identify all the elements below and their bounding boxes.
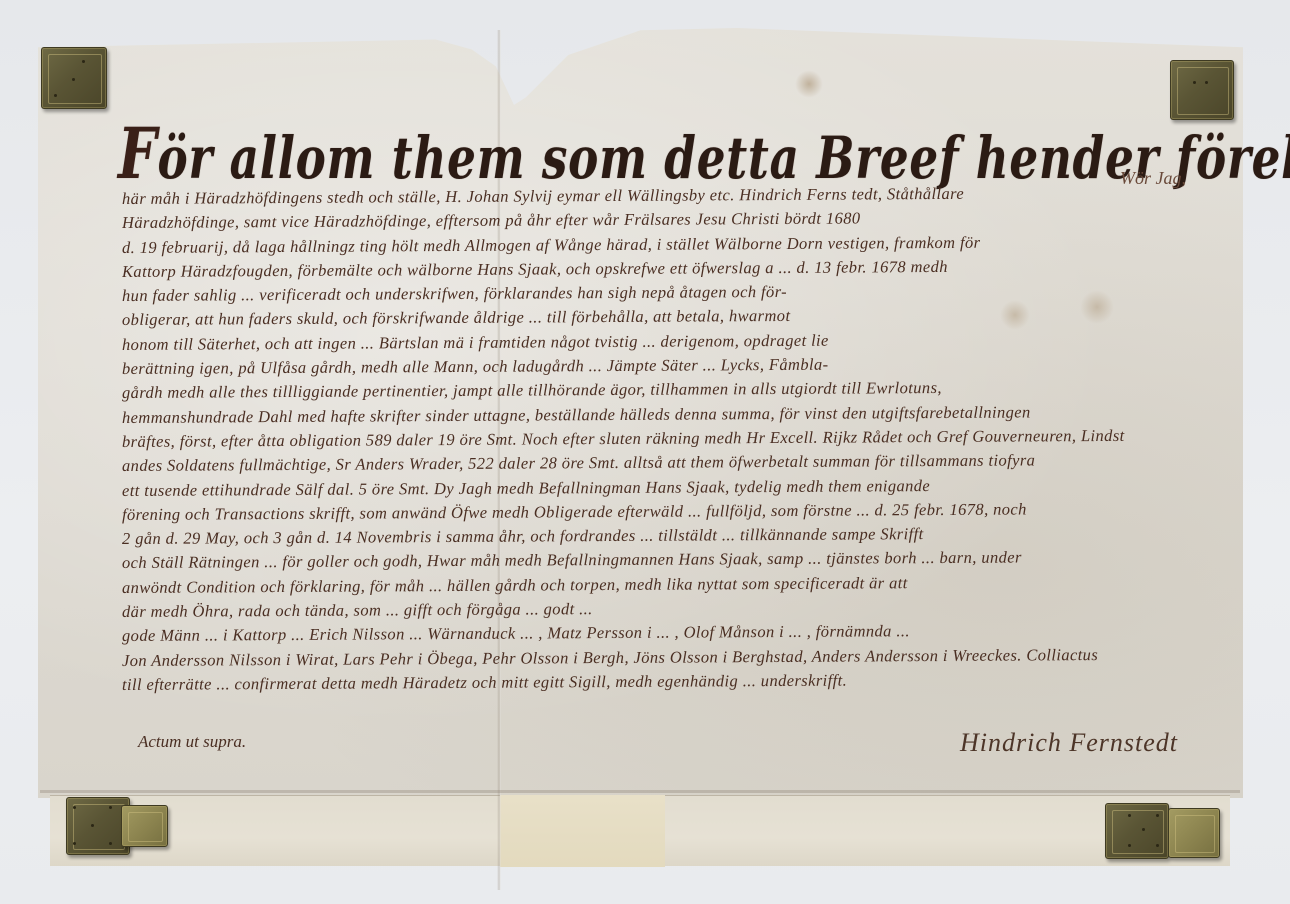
brass-weight-small-icon xyxy=(121,805,168,847)
brass-weight-icon xyxy=(1105,803,1169,859)
horizontal-fold-crease xyxy=(40,790,1240,793)
brass-weight-icon xyxy=(41,47,107,109)
heading-initial: F xyxy=(118,112,158,195)
signature: Hindrich Fernstedt xyxy=(960,728,1178,758)
closing-phrase: Actum ut supra. xyxy=(138,732,246,752)
folded-strip-stain xyxy=(500,795,665,867)
document-body: här måh i Häradzhöfdingens stedh och stä… xyxy=(122,187,1252,697)
brass-weight-small-icon xyxy=(1168,808,1220,858)
stain-mark xyxy=(795,70,823,98)
brass-weight-icon xyxy=(1170,60,1234,120)
